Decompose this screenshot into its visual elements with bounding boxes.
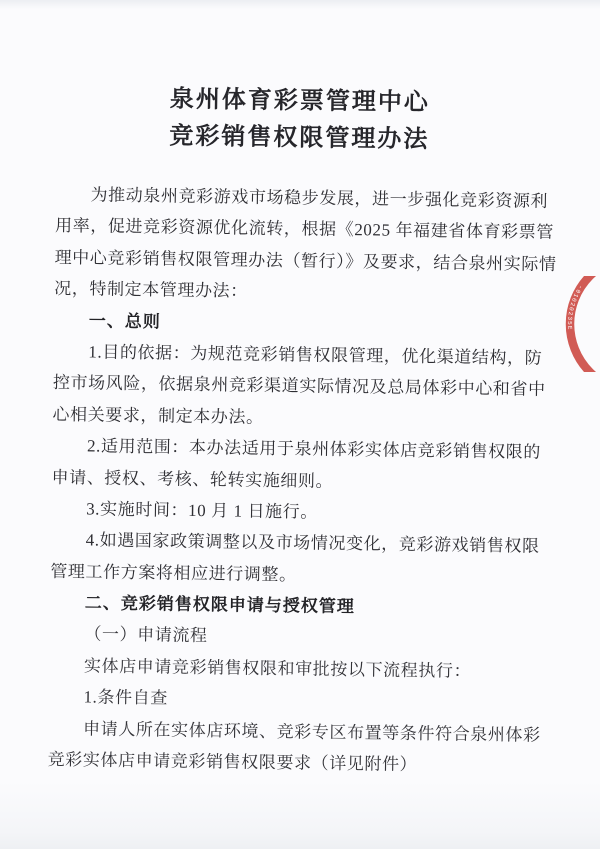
document-title: 泉州体育彩票管理中心 竞彩销售权限管理办法 [0, 79, 600, 161]
title-line-2: 竞彩销售权限管理办法 [0, 116, 600, 161]
document-content: 为推动泉州竞彩游戏市场稳步发展，进一步强化竞彩资源利 用率，促进竞彩资源优化流转… [47, 179, 547, 782]
document-body: 泉州体育彩票管理中心 竞彩销售权限管理办法 为推动泉州竞彩游戏市场稳步发展，进一… [0, 0, 600, 849]
seal-digits: -01020235E [566, 284, 584, 331]
scanned-document-page: 泉州体育彩票管理中心 竞彩销售权限管理办法 为推动泉州竞彩游戏市场稳步发展，进一… [0, 0, 600, 849]
red-stamp-seal: -01020235E [556, 276, 600, 372]
seal-arc [570, 276, 600, 372]
